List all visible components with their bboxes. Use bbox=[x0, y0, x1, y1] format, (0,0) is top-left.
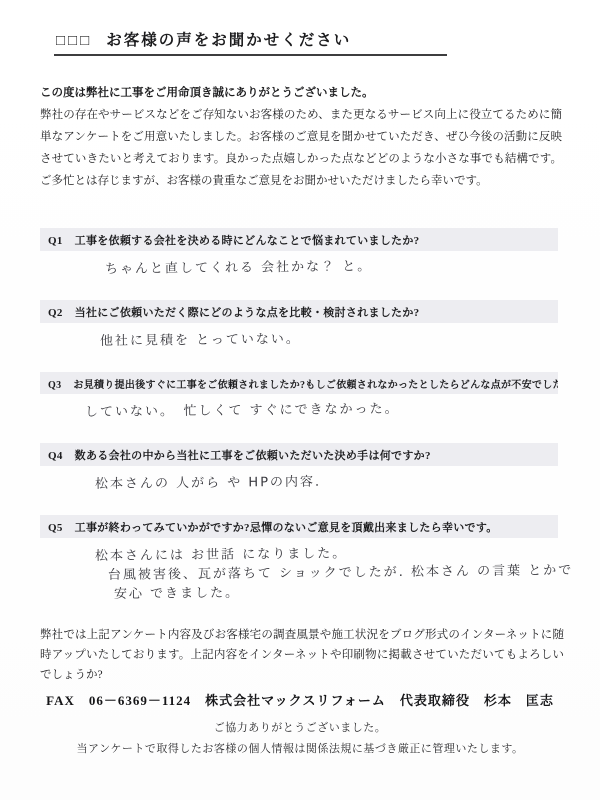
handwritten-answer: ちゃんと直してくれる 会社かな？ と。 bbox=[105, 255, 560, 279]
handwritten-answer: していない。 忙しくて すぐにできなかった。 bbox=[85, 398, 560, 422]
question-block-q2: Q2当社にご依頼いただく際にどのような点を比較・検討されましたか? 他社に見積を… bbox=[40, 300, 560, 351]
question-q3-label: Q3 bbox=[48, 380, 61, 391]
publication-permission-note: 弊社では上記アンケート内容及びお客様宅の調査風景や施工状況をブログ形式のインター… bbox=[40, 625, 564, 685]
question-block-q5: Q5工事が終わってみていかがですか?忌憚のないご意見を頂戴出来ましたら幸いです。… bbox=[40, 515, 560, 604]
question-q2-text: 当社にご依頼いただく際にどのような点を比較・検討されましたか? bbox=[75, 307, 420, 319]
document-title-row: □□□お客様の声をお聞かせください bbox=[54, 28, 447, 56]
thanks-line: ご協力ありがとうございました。 bbox=[0, 719, 600, 735]
intro-paragraph: この度は弊社に工事をご用命頂き誠にありがとうございました。 弊社の存在やサービス… bbox=[40, 82, 562, 192]
question-q1-answers: ちゃんと直してくれる 会社かな？ と。 bbox=[40, 260, 560, 279]
survey-document: □□□お客様の声をお聞かせください この度は弊社に工事をご用命頂き誠にありがとう… bbox=[0, 0, 600, 800]
question-list: Q1工事を依頼する会社を決める時にどんなことで悩まれていましたか? ちゃんと直し… bbox=[40, 228, 560, 604]
question-q5-label: Q5 bbox=[48, 522, 63, 534]
question-q2-label: Q2 bbox=[48, 307, 63, 319]
question-q1-text: 工事を依頼する会社を決める時にどんなことで悩まれていましたか? bbox=[75, 235, 420, 247]
handwritten-answer: 松本さんの 人がら や HPの内容. bbox=[95, 470, 560, 494]
intro-lead-line: この度は弊社に工事をご用命頂き誠にありがとうございました。 bbox=[40, 82, 562, 104]
question-q4-header: Q4数ある会社の中から当社に工事をご依頼いただいた決め手は何ですか? bbox=[40, 443, 558, 466]
question-q5-text: 工事が終わってみていかがですか?忌憚のないご意見を頂戴出来ましたら幸いです。 bbox=[75, 522, 498, 534]
handwritten-answer: 安心 できました。 bbox=[114, 580, 560, 604]
question-q3-header: Q3お見積り提出後すぐに工事をご依頼されましたか?もしご依頼されなかったとしたら… bbox=[40, 372, 558, 394]
question-q4-answers: 松本さんの 人がら や HPの内容. bbox=[40, 475, 560, 494]
question-block-q1: Q1工事を依頼する会社を決める時にどんなことで悩まれていましたか? ちゃんと直し… bbox=[40, 228, 560, 279]
question-q2-header: Q2当社にご依頼いただく際にどのような点を比較・検討されましたか? bbox=[40, 300, 558, 323]
page-title: お客様の声をお聞かせください bbox=[106, 32, 351, 49]
question-block-q4: Q4数ある会社の中から当社に工事をご依頼いただいた決め手は何ですか? 松本さんの… bbox=[40, 443, 560, 494]
handwritten-answer: 他社に見積を とっていない。 bbox=[100, 327, 560, 351]
privacy-notice: 当アンケートで取得したお客様の個人情報は関係法規に基づき厳正に管理いたします。 bbox=[0, 740, 600, 756]
intro-body-text: 弊社の存在やサービスなどをご存知ないお客様のため、また更なるサービス向上に役立て… bbox=[40, 104, 562, 192]
question-q3-answers: していない。 忙しくて すぐにできなかった。 bbox=[40, 403, 560, 422]
question-q4-label: Q4 bbox=[48, 450, 63, 462]
fax-contact-line: FAX 06－6369－1124 株式会社マックスリフォーム 代表取締役 杉本 … bbox=[0, 690, 600, 709]
question-q4-text: 数ある会社の中から当社に工事をご依頼いただいた決め手は何ですか? bbox=[75, 450, 431, 462]
question-q1-label: Q1 bbox=[48, 235, 63, 247]
question-q3-text: お見積り提出後すぐに工事をご依頼されましたか?もしご依頼されなかったとしたらどん… bbox=[73, 380, 558, 391]
document-footer: FAX 06－6369－1124 株式会社マックスリフォーム 代表取締役 杉本 … bbox=[0, 690, 600, 756]
question-block-q3: Q3お見積り提出後すぐに工事をご依頼されましたか?もしご依頼されなかったとしたら… bbox=[40, 372, 560, 422]
question-q2-answers: 他社に見積を とっていない。 bbox=[40, 332, 560, 351]
question-q5-header: Q5工事が終わってみていかがですか?忌憚のないご意見を頂戴出来ましたら幸いです。 bbox=[40, 515, 558, 538]
checkbox-squares: □□□ bbox=[56, 33, 92, 49]
question-q5-answers: 松本さんには お世話 になりました。 台風被害後、瓦が落ちて ショックでしたが.… bbox=[40, 547, 560, 604]
question-q1-header: Q1工事を依頼する会社を決める時にどんなことで悩まれていましたか? bbox=[40, 228, 558, 251]
